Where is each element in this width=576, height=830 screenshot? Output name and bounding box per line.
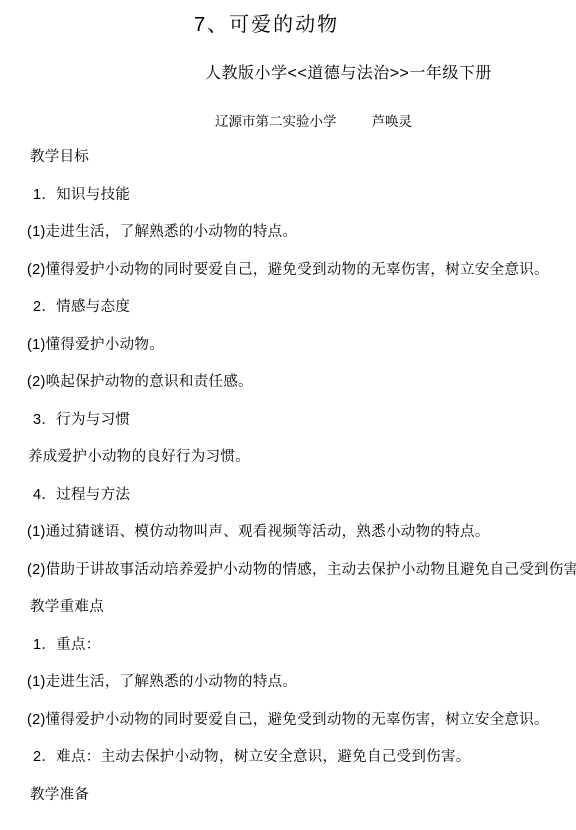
- document-body: 教学目标1．知识与技能(1)走进生活，了解熟悉的小动物的特点。(2)懂得爱护小动…: [0, 146, 576, 821]
- doc-line: (2)唤起保护动物的意识和责任感。: [0, 371, 576, 409]
- doc-line: 教学目标: [0, 146, 576, 184]
- document-page: 7、可爱的动物 人教版小学<<道德与法治>>一年级下册 辽源市第二实验小学芦唤灵…: [0, 0, 576, 830]
- document-title: 7、可爱的动物: [194, 8, 339, 37]
- doc-line: 2．情感与态度: [0, 296, 576, 334]
- doc-line: (1)走进生活，了解熟悉的小动物的特点。: [0, 671, 576, 709]
- doc-line: (2)懂得爱护小动物的同时要爱自己，避免受到动物的无辜伤害，树立安全意识。: [0, 708, 576, 746]
- byline-school: 辽源市第二实验小学: [215, 114, 337, 129]
- doc-line: 养成爱护小动物的良好行为习惯。: [0, 446, 576, 484]
- doc-line: 3．行为与习惯: [0, 408, 576, 446]
- doc-line: (1)走进生活，了解熟悉的小动物的特点。: [0, 221, 576, 259]
- doc-line: (2)借助于讲故事活动培养爱护小动物的情感，主动去保护小动物且避免自己受到伤害。: [0, 558, 576, 596]
- byline-author: 芦唤灵: [372, 114, 413, 129]
- doc-line: 1．知识与技能: [0, 183, 576, 221]
- document-subtitle: 人教版小学<<道德与法治>>一年级下册: [205, 60, 492, 83]
- doc-line: (1)懂得爱护小动物。: [0, 333, 576, 371]
- document-byline: 辽源市第二实验小学芦唤灵: [215, 110, 412, 130]
- doc-line: 4．过程与方法: [0, 483, 576, 521]
- doc-line: (2)懂得爱护小动物的同时要爱自己，避免受到动物的无辜伤害，树立安全意识。: [0, 258, 576, 296]
- doc-line: 教学重难点: [0, 596, 576, 634]
- doc-line: 2．难点：主动去保护小动物，树立安全意识，避免自己受到伤害。: [0, 746, 576, 784]
- doc-line: (1)通过猜谜语、模仿动物叫声、观看视频等活动，熟悉小动物的特点。: [0, 521, 576, 559]
- doc-line: 1．重点：: [0, 633, 576, 671]
- doc-line: 教学准备: [0, 783, 576, 821]
